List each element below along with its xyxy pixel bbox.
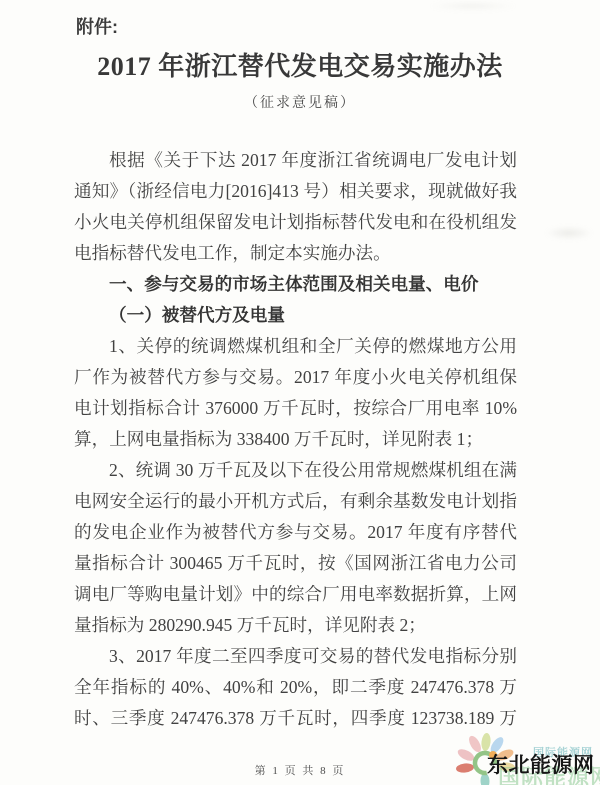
scan-smudge (428, 1, 518, 11)
text-line: 调电厂等购电量计划》中的综合厂用电率数据折算，上网电 (74, 579, 517, 610)
text-line: 3、2017 年度二至四季度可交易的替代发电指标分别为 (74, 641, 517, 672)
document-body: 根据《关于下达 2017 年度浙江省统调电厂发电计划的通知》（浙经信电力[201… (74, 145, 517, 734)
attachment-label: 附件: (76, 13, 118, 39)
document-subtitle: （征求意见稿） (0, 92, 600, 112)
footer-page-indicator: 第 1 页 共 8 页 (0, 762, 600, 778)
text-line: 量指标为 280290.945 万千瓦时，详见附表 2； (74, 610, 517, 641)
document-title: 2017 年浙江替代发电交易实施办法 (0, 46, 600, 83)
heading-line: 一、参与交易的市场主体范围及相关电量、电价 (74, 269, 517, 300)
text-line: 全年指标的 40%、40%和 20%，即二季度 247476.378 万千瓦 (74, 672, 517, 703)
text-line: 电网安全运行的最小开机方式后，有剩余基数发电计划指标 (74, 486, 517, 517)
text-line: 电计划指标合计 376000 万千瓦时，按综合厂用电率 10%折 (74, 393, 517, 424)
text-line: 厂作为被替代方参与交易。2017 年度小火电关停机组保留发 (74, 362, 517, 393)
text-line: 小火电关停机组保留发电计划指标替代发电和在役机组发 (74, 207, 517, 238)
heading-line: （一）被替代方及电量 (74, 300, 517, 331)
text-line: 电指标替代发电工作，制定本实施办法。 (74, 238, 517, 269)
text-line: 算，上网电量指标为 338400 万千瓦时，详见附表 1； (74, 424, 517, 455)
scanned-document-page: 附件: 2017 年浙江替代发电交易实施办法 （征求意见稿） 根据《关于下达 2… (0, 0, 600, 785)
text-line: 的发电企业作为被替代方参与交易。2017 年度有序替代发电 (74, 517, 517, 548)
text-line: 通知》（浙经信电力[2016]413 号）相关要求，现就做好我省 (74, 176, 517, 207)
scan-smudge (545, 226, 593, 240)
text-line: 时、三季度 247476.378 万千瓦时，四季度 123738.189 万千 (74, 703, 517, 734)
text-line: 量指标合计 300465 万千瓦时，按《国网浙江省电力公司统 (74, 548, 517, 579)
watermark-small-text: 国际能源网 (533, 744, 593, 760)
text-line: 1、关停的统调燃煤机组和全厂关停的燃煤地方公用电 (74, 331, 517, 362)
text-line: 2、统调 30 万千瓦及以下在役公用常规燃煤机组在满足 (74, 455, 517, 486)
text-line: 根据《关于下达 2017 年度浙江省统调电厂发电计划的 (74, 145, 517, 176)
